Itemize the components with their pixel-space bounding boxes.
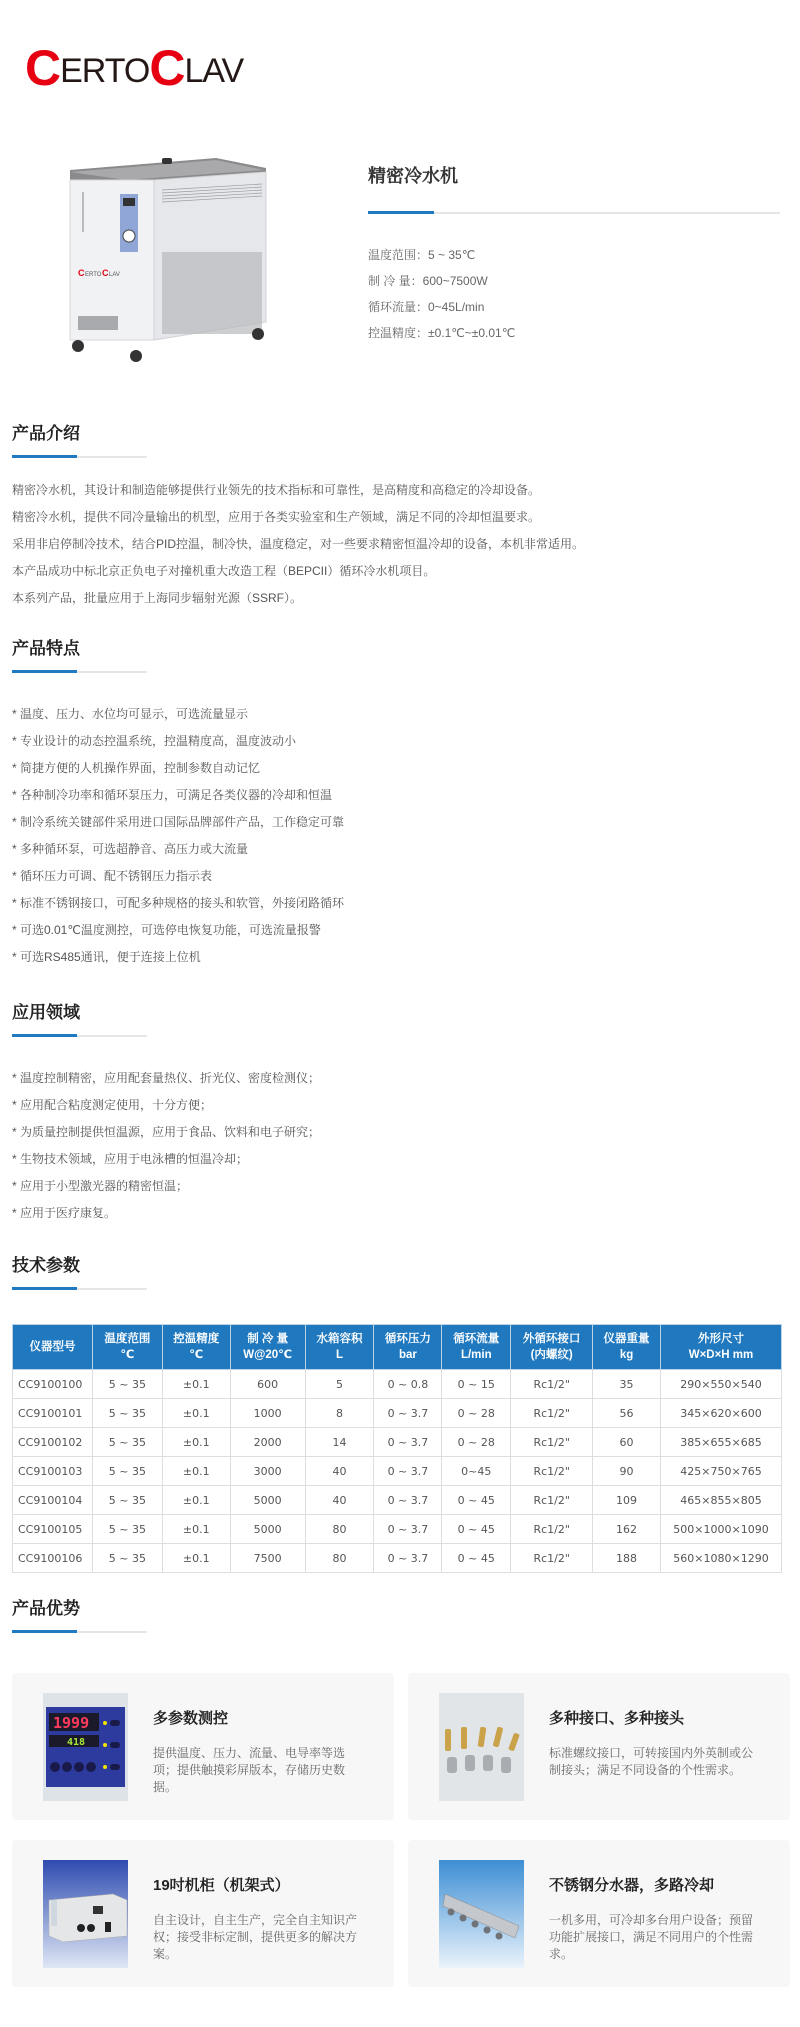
feature-item: * 温度、压力、水位均可显示，可选流量显示: [12, 701, 788, 728]
logo-letter-c: C: [25, 46, 60, 90]
table-row: CC91001055 ~ 35±0.15000800 ~ 3.70 ~ 45Rc…: [13, 1515, 782, 1544]
table-cell: Rc1/2": [511, 1486, 593, 1515]
table-cell: 0 ~ 28: [442, 1399, 511, 1428]
specs-table: 仪器型号 温度范围℃ 控温精度℃ 制 冷 量W@20℃ 水箱容积L 循环压力ba…: [12, 1324, 782, 1573]
section-applications: 应用领域 * 温度控制精密，应用配套量热仪、折光仪、密度检测仪； * 应用配合粘…: [12, 1000, 788, 1227]
col-header-port: 外循环接口(内螺纹): [511, 1325, 593, 1370]
key-specs-list: 温度范围：5 ~ 35℃ 制 冷 量：600~7500W 循环流量：0~45L/…: [368, 242, 780, 346]
application-item: * 生物技术领域，应用于电泳槽的恒温冷却；: [12, 1146, 788, 1173]
svg-text:ERTO: ERTO: [85, 272, 102, 278]
table-cell: 5000: [230, 1486, 305, 1515]
table-cell: 0 ~ 3.7: [374, 1515, 442, 1544]
brand-logo: C ERTO C LAV: [25, 40, 243, 90]
advantage-card: 1999 418 多参数测控 提供温度、压力、流量、电导率等选项；提供触摸彩屏版…: [12, 1673, 394, 1820]
table-header-row: 仪器型号 温度范围℃ 控温精度℃ 制 冷 量W@20℃ 水箱容积L 循环压力ba…: [13, 1325, 782, 1370]
feature-item: * 循环压力可调、配不锈钢压力指示表: [12, 863, 788, 890]
advantage-title: 多种接口、多种接头: [549, 1707, 684, 1728]
table-row: CC91001025 ~ 35±0.12000140 ~ 3.70 ~ 28Rc…: [13, 1428, 782, 1457]
advantage-title: 19吋机柜（机架式）: [153, 1874, 290, 1895]
table-cell: 0 ~ 15: [442, 1370, 511, 1399]
table-cell: 35: [593, 1370, 661, 1399]
table-cell: 0 ~ 45: [442, 1515, 511, 1544]
table-cell: 5 ~ 35: [92, 1515, 162, 1544]
table-row: CC91001065 ~ 35±0.17500800 ~ 3.70 ~ 45Rc…: [13, 1544, 782, 1573]
application-item: * 应用于医疗康复。: [12, 1200, 788, 1227]
table-cell: Rc1/2": [511, 1399, 593, 1428]
intro-paragraph: 本系列产品，批量应用于上海同步辐射光源（SSRF）。: [12, 585, 788, 612]
table-row: CC91001005 ~ 35±0.160050 ~ 0.80 ~ 15Rc1/…: [13, 1370, 782, 1399]
table-cell: 425×750×765: [660, 1457, 781, 1486]
advantage-title: 多参数测控: [153, 1707, 228, 1728]
table-cell: ±0.1: [162, 1399, 230, 1428]
table-cell: 0 ~ 45: [442, 1544, 511, 1573]
intro-paragraph: 采用非启停制冷技术，结合PID控温，制冷快，温度稳定，对一些要求精密恒温冷却的设…: [12, 531, 788, 558]
rack-cabinet-image: [43, 1860, 128, 1968]
table-cell: 1000: [230, 1399, 305, 1428]
svg-text:C: C: [102, 268, 109, 278]
table-cell: CC9100101: [13, 1399, 93, 1428]
feature-item: * 专业设计的动态控温系统，控温精度高，温度波动小: [12, 728, 788, 755]
table-cell: 500×1000×1090: [660, 1515, 781, 1544]
table-cell: 5 ~ 35: [92, 1486, 162, 1515]
intro-paragraph: 精密冷水机，提供不同冷量输出的机型，应用于各类实验室和生产领域，满足不同的冷却恒…: [12, 504, 788, 531]
table-cell: 0 ~ 28: [442, 1428, 511, 1457]
col-header-pressure: 循环压力bar: [374, 1325, 442, 1370]
controller-panel-image: 1999 418: [43, 1693, 128, 1801]
col-header-weight: 仪器重量kg: [593, 1325, 661, 1370]
table-cell: 0 ~ 45: [442, 1486, 511, 1515]
table-cell: 80: [305, 1544, 374, 1573]
advantage-card: 19吋机柜（机架式） 自主设计，自主生产，完全自主知识产权；接受非标定制，提供更…: [12, 1840, 394, 1987]
table-cell: 290×550×540: [660, 1370, 781, 1399]
section-title: 技术参数: [12, 1253, 788, 1279]
logo-text: ERTO: [60, 54, 149, 88]
table-cell: Rc1/2": [511, 1457, 593, 1486]
table-cell: 3000: [230, 1457, 305, 1486]
table-cell: 80: [305, 1515, 374, 1544]
application-item: * 为质量控制提供恒温源，应用于食品、饮料和电子研究；: [12, 1119, 788, 1146]
col-header-dimensions: 外形尺寸W×D×H mm: [660, 1325, 781, 1370]
table-cell: 5 ~ 35: [92, 1457, 162, 1486]
feature-item: * 各种制冷功率和循环泵压力，可满足各类仪器的冷却和恒温: [12, 782, 788, 809]
table-cell: 5: [305, 1370, 374, 1399]
section-title: 应用领域: [12, 1000, 788, 1026]
table-cell: 5 ~ 35: [92, 1428, 162, 1457]
spec-temp-range: 温度范围：5 ~ 35℃: [368, 242, 780, 268]
table-cell: CC9100103: [13, 1457, 93, 1486]
table-cell: 465×855×805: [660, 1486, 781, 1515]
table-cell: ±0.1: [162, 1428, 230, 1457]
section-intro: 产品介绍 精密冷水机，其设计和制造能够提供行业领先的技术指标和可靠性，是高精度和…: [12, 421, 788, 612]
section-title: 产品特点: [12, 636, 788, 662]
table-cell: 5 ~ 35: [92, 1544, 162, 1573]
table-cell: ±0.1: [162, 1515, 230, 1544]
table-cell: 14: [305, 1428, 374, 1457]
table-cell: 60: [593, 1428, 661, 1457]
table-cell: 5 ~ 35: [92, 1399, 162, 1428]
advantage-description: 提供温度、压力、流量、电导率等选项；提供触摸彩屏版本，存储历史数据。: [153, 1745, 363, 1796]
spec-flow-rate: 循环流量：0~45L/min: [368, 294, 780, 320]
col-header-cooling: 制 冷 量W@20℃: [230, 1325, 305, 1370]
table-cell: CC9100105: [13, 1515, 93, 1544]
section-underline: [12, 1631, 147, 1633]
table-cell: 56: [593, 1399, 661, 1428]
connectors-image: [439, 1693, 524, 1801]
advantage-description: 自主设计，自主生产，完全自主知识产权；接受非标定制，提供更多的解决方案。: [153, 1912, 363, 1963]
advantage-cards: 1999 418 多参数测控 提供温度、压力、流量、电导率等选项；提供触摸彩屏版…: [12, 1673, 788, 1987]
table-row: CC91001045 ~ 35±0.15000400 ~ 3.70 ~ 45Rc…: [13, 1486, 782, 1515]
svg-text:1999: 1999: [53, 1714, 89, 1732]
col-header-accuracy: 控温精度℃: [162, 1325, 230, 1370]
logo-letter-c: C: [149, 46, 184, 90]
section-title: 产品优势: [12, 1596, 788, 1622]
table-cell: 0 ~ 3.7: [374, 1399, 442, 1428]
table-cell: 5000: [230, 1515, 305, 1544]
application-item: * 应用配合粘度测定使用，十分方便；: [12, 1092, 788, 1119]
feature-item: * 多种循环泵，可选超静音、高压力或大流量: [12, 836, 788, 863]
table-cell: ±0.1: [162, 1457, 230, 1486]
application-item: * 温度控制精密，应用配套量热仪、折光仪、密度检测仪；: [12, 1065, 788, 1092]
application-item: * 应用于小型激光器的精密恒温；: [12, 1173, 788, 1200]
table-cell: 600: [230, 1370, 305, 1399]
table-cell: 0 ~ 3.7: [374, 1486, 442, 1515]
section-advantages: 产品优势 1999 418 多参数测控 提供温度、压力、流量、电导率等选项；提供…: [12, 1596, 788, 1987]
col-header-temp-range: 温度范围℃: [92, 1325, 162, 1370]
product-image-chiller: C ERTO C LAV: [66, 150, 272, 362]
table-cell: ±0.1: [162, 1370, 230, 1399]
table-cell: 40: [305, 1486, 374, 1515]
table-cell: ±0.1: [162, 1486, 230, 1515]
table-cell: 7500: [230, 1544, 305, 1573]
table-cell: 0 ~ 3.7: [374, 1457, 442, 1486]
table-cell: 188: [593, 1544, 661, 1573]
table-cell: 560×1080×1290: [660, 1544, 781, 1573]
col-header-flow: 循环流量L/min: [442, 1325, 511, 1370]
intro-paragraph: 精密冷水机，其设计和制造能够提供行业领先的技术指标和可靠性，是高精度和高稳定的冷…: [12, 477, 788, 504]
section-underline: [12, 1035, 147, 1037]
table-cell: 0~45: [442, 1457, 511, 1486]
table-cell: 0 ~ 0.8: [374, 1370, 442, 1399]
table-cell: 5 ~ 35: [92, 1370, 162, 1399]
advantage-description: 一机多用，可冷却多台用户设备；预留功能扩展接口，满足不同用户的个性需求。: [549, 1912, 759, 1963]
svg-text:LAV: LAV: [109, 272, 120, 278]
manifold-image: [439, 1860, 524, 1968]
table-cell: CC9100100: [13, 1370, 93, 1399]
feature-item: * 可选0.01℃温度测控，可选停电恢复功能，可选流量报警: [12, 917, 788, 944]
feature-item: * 标准不锈钢接口，可配多种规格的接头和软管，外接闭路循环: [12, 890, 788, 917]
section-underline: [12, 456, 147, 458]
advantage-title: 不锈钢分水器，多路冷却: [549, 1874, 714, 1895]
table-cell: Rc1/2": [511, 1515, 593, 1544]
product-summary: 精密冷水机 温度范围：5 ~ 35℃ 制 冷 量：600~7500W 循环流量：…: [368, 162, 780, 346]
spec-temp-accuracy: 控温精度：±0.1℃~±0.01℃: [368, 320, 780, 346]
product-title: 精密冷水机: [368, 162, 780, 192]
table-cell: CC9100102: [13, 1428, 93, 1457]
table-cell: 40: [305, 1457, 374, 1486]
svg-text:418: 418: [67, 1737, 85, 1748]
col-header-model: 仪器型号: [13, 1325, 93, 1370]
section-title: 产品介绍: [12, 421, 788, 447]
intro-paragraph: 本产品成功中标北京正负电子对撞机重大改造工程（BEPCII）循环冷水机项目。: [12, 558, 788, 585]
table-cell: CC9100106: [13, 1544, 93, 1573]
table-row: CC91001035 ~ 35±0.13000400 ~ 3.70~45Rc1/…: [13, 1457, 782, 1486]
feature-item: * 制冷系统关键部件采用进口国际品牌部件产品，工作稳定可靠: [12, 809, 788, 836]
table-cell: Rc1/2": [511, 1428, 593, 1457]
table-cell: 0 ~ 3.7: [374, 1428, 442, 1457]
title-underline: [368, 212, 780, 214]
feature-item: * 可选RS485通讯，便于连接上位机: [12, 944, 788, 971]
table-cell: 8: [305, 1399, 374, 1428]
spec-cooling-capacity: 制 冷 量：600~7500W: [368, 268, 780, 294]
section-underline: [12, 1288, 147, 1290]
feature-item: * 简捷方便的人机操作界面，控制参数自动记忆: [12, 755, 788, 782]
table-cell: Rc1/2": [511, 1370, 593, 1399]
advantage-description: 标准螺纹接口，可转接国内外英制或公制接头；满足不同设备的个性需求。: [549, 1745, 759, 1779]
table-cell: Rc1/2": [511, 1544, 593, 1573]
section-specs: 技术参数 仪器型号 温度范围℃ 控温精度℃ 制 冷 量W@20℃ 水箱容积L 循…: [12, 1253, 788, 1573]
logo-text: LAV: [184, 54, 243, 88]
section-underline: [12, 671, 147, 673]
table-cell: 0 ~ 3.7: [374, 1544, 442, 1573]
table-cell: 109: [593, 1486, 661, 1515]
advantage-card: 多种接口、多种接头 标准螺纹接口，可转接国内外英制或公制接头；满足不同设备的个性…: [408, 1673, 790, 1820]
advantage-card: 不锈钢分水器，多路冷却 一机多用，可冷却多台用户设备；预留功能扩展接口，满足不同…: [408, 1840, 790, 1987]
table-cell: ±0.1: [162, 1544, 230, 1573]
section-features: 产品特点 * 温度、压力、水位均可显示，可选流量显示 * 专业设计的动态控温系统…: [12, 636, 788, 971]
col-header-tank: 水箱容积L: [305, 1325, 374, 1370]
table-cell: 385×655×685: [660, 1428, 781, 1457]
table-cell: 90: [593, 1457, 661, 1486]
table-cell: CC9100104: [13, 1486, 93, 1515]
table-cell: 2000: [230, 1428, 305, 1457]
table-cell: 162: [593, 1515, 661, 1544]
table-row: CC91001015 ~ 35±0.1100080 ~ 3.70 ~ 28Rc1…: [13, 1399, 782, 1428]
svg-text:C: C: [78, 268, 85, 278]
table-cell: 345×620×600: [660, 1399, 781, 1428]
